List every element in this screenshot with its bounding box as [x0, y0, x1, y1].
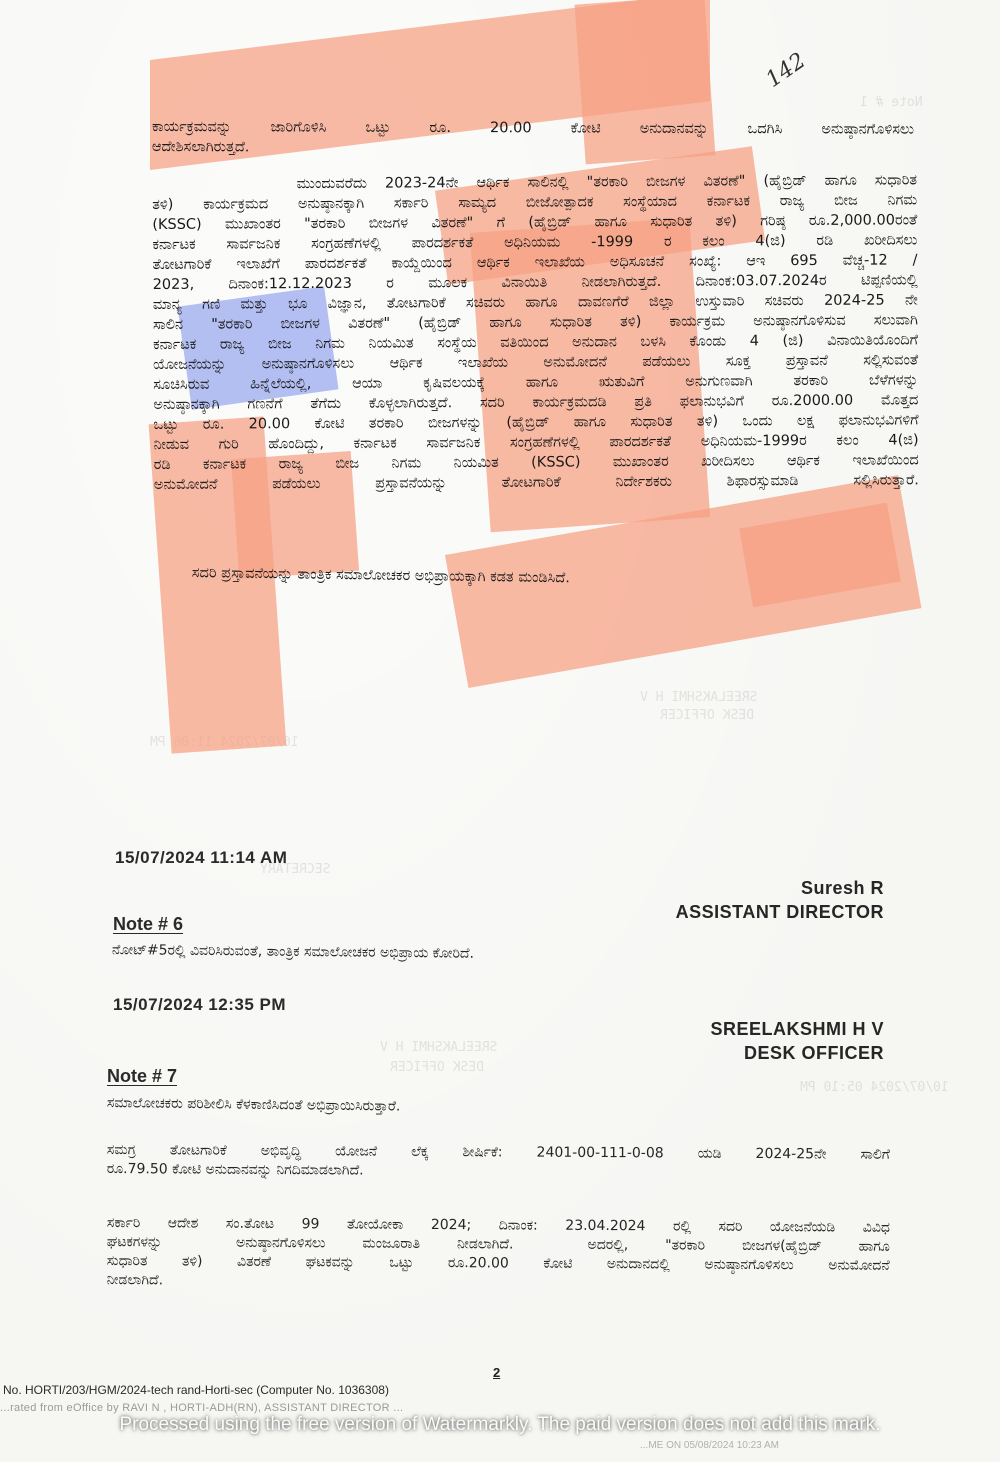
note6-timestamp: 15/07/2024 12:35 PM	[113, 995, 286, 1015]
note5-paragraph-3: ಸದರಿ ಪ್ರಸ್ತಾವನೆಯನ್ನು ತಾಂತ್ರಿಕ ಸಮಾಲೋಚಕರ ಅ…	[192, 563, 732, 591]
note7-paragraph-1: ಸಮಗ್ರ ತೋಟಗಾರಿಕೆ ಅಭಿವೃದ್ಧಿ ಯೋಜನೆ ಲೆಕ್ಕ ಶೀ…	[107, 1141, 890, 1184]
generated-timestamp-line: ...ME ON 05/08/2024 10:23 AM	[640, 1440, 779, 1451]
signatory-designation: DESK OFFICER	[710, 1041, 884, 1065]
signatory-name: Suresh R	[676, 876, 884, 900]
text-line: ಆದೇಶಿಸಲಾಗಿರುತ್ತದೆ.	[152, 137, 914, 160]
note6-signature-block: SREELAKSHMI H V DESK OFFICER	[710, 1017, 884, 1065]
note6-body: ನೋಟ್#5ರಲ್ಲಿ ವಿವರಿಸಿರುವಂತೆ, ತಾಂತ್ರಿಕ ಸಮಾಲ…	[112, 940, 474, 964]
signatory-name: SREELAKSHMI H V	[710, 1017, 884, 1041]
note7-heading: Note # 7	[107, 1066, 177, 1087]
note5-paragraph-1: ಕಾರ್ಯಕ್ರಮವನ್ನು ಜಾರಿಗೊಳಿಸಿ ಒಟ್ಟು ರೂ. 20.0…	[152, 117, 914, 160]
note5-timestamp: 15/07/2024 11:14 AM	[115, 848, 287, 868]
watermark-notice: Processed using the free version of Wate…	[0, 1414, 1000, 1436]
signatory-designation: ASSISTANT DIRECTOR	[676, 900, 884, 924]
note7-body: ಸಮಾಲೋಚಕರು ಪರಿಶೀಲಿಸಿ ಕೆಳಕಾಣಿಸಿದಂತೆ ಅಭಿಪ್ರ…	[107, 1093, 401, 1117]
note7-paragraph-2: ಸರ್ಕಾರಿ ಆದೇಶ ಸಂ.ತೋಟ 99 ತೋಯೋಕಾ 2024; ದಿನಾ…	[107, 1214, 890, 1295]
handwritten-page-mark: 142	[762, 48, 811, 93]
text-line: ಅನುಮೋದನೆ ಪಡೆಯಲು ಪ್ರಸ್ತಾವನೆಯನ್ನು ತೋಟಗಾರಿಕ…	[154, 470, 919, 495]
document-page: Note # 1 SREELAKSHMI H V DESK OFFICER 16…	[0, 0, 1000, 1462]
note6-heading: Note # 6	[113, 914, 183, 935]
page-number: 2	[493, 1365, 500, 1380]
note5-signature-block: Suresh R ASSISTANT DIRECTOR	[676, 876, 884, 924]
note5-paragraph-2: ಮುಂದುವರೆದು 2023-24ನೇ ಆರ್ಥಿಕ ಸಾಲಿನಲ್ಲಿ "ತ…	[152, 170, 919, 495]
generated-by-line: ...rated from eOffice by RAVI N , HORTI-…	[0, 1402, 403, 1414]
text-line: ಕಾರ್ಯಕ್ರಮವನ್ನು ಜಾರಿಗೊಳಿಸಿ ಒಟ್ಟು ರೂ. 20.0…	[152, 117, 914, 140]
file-number: No. HORTI/203/HGM/2024-tech rand-Horti-s…	[3, 1383, 389, 1397]
